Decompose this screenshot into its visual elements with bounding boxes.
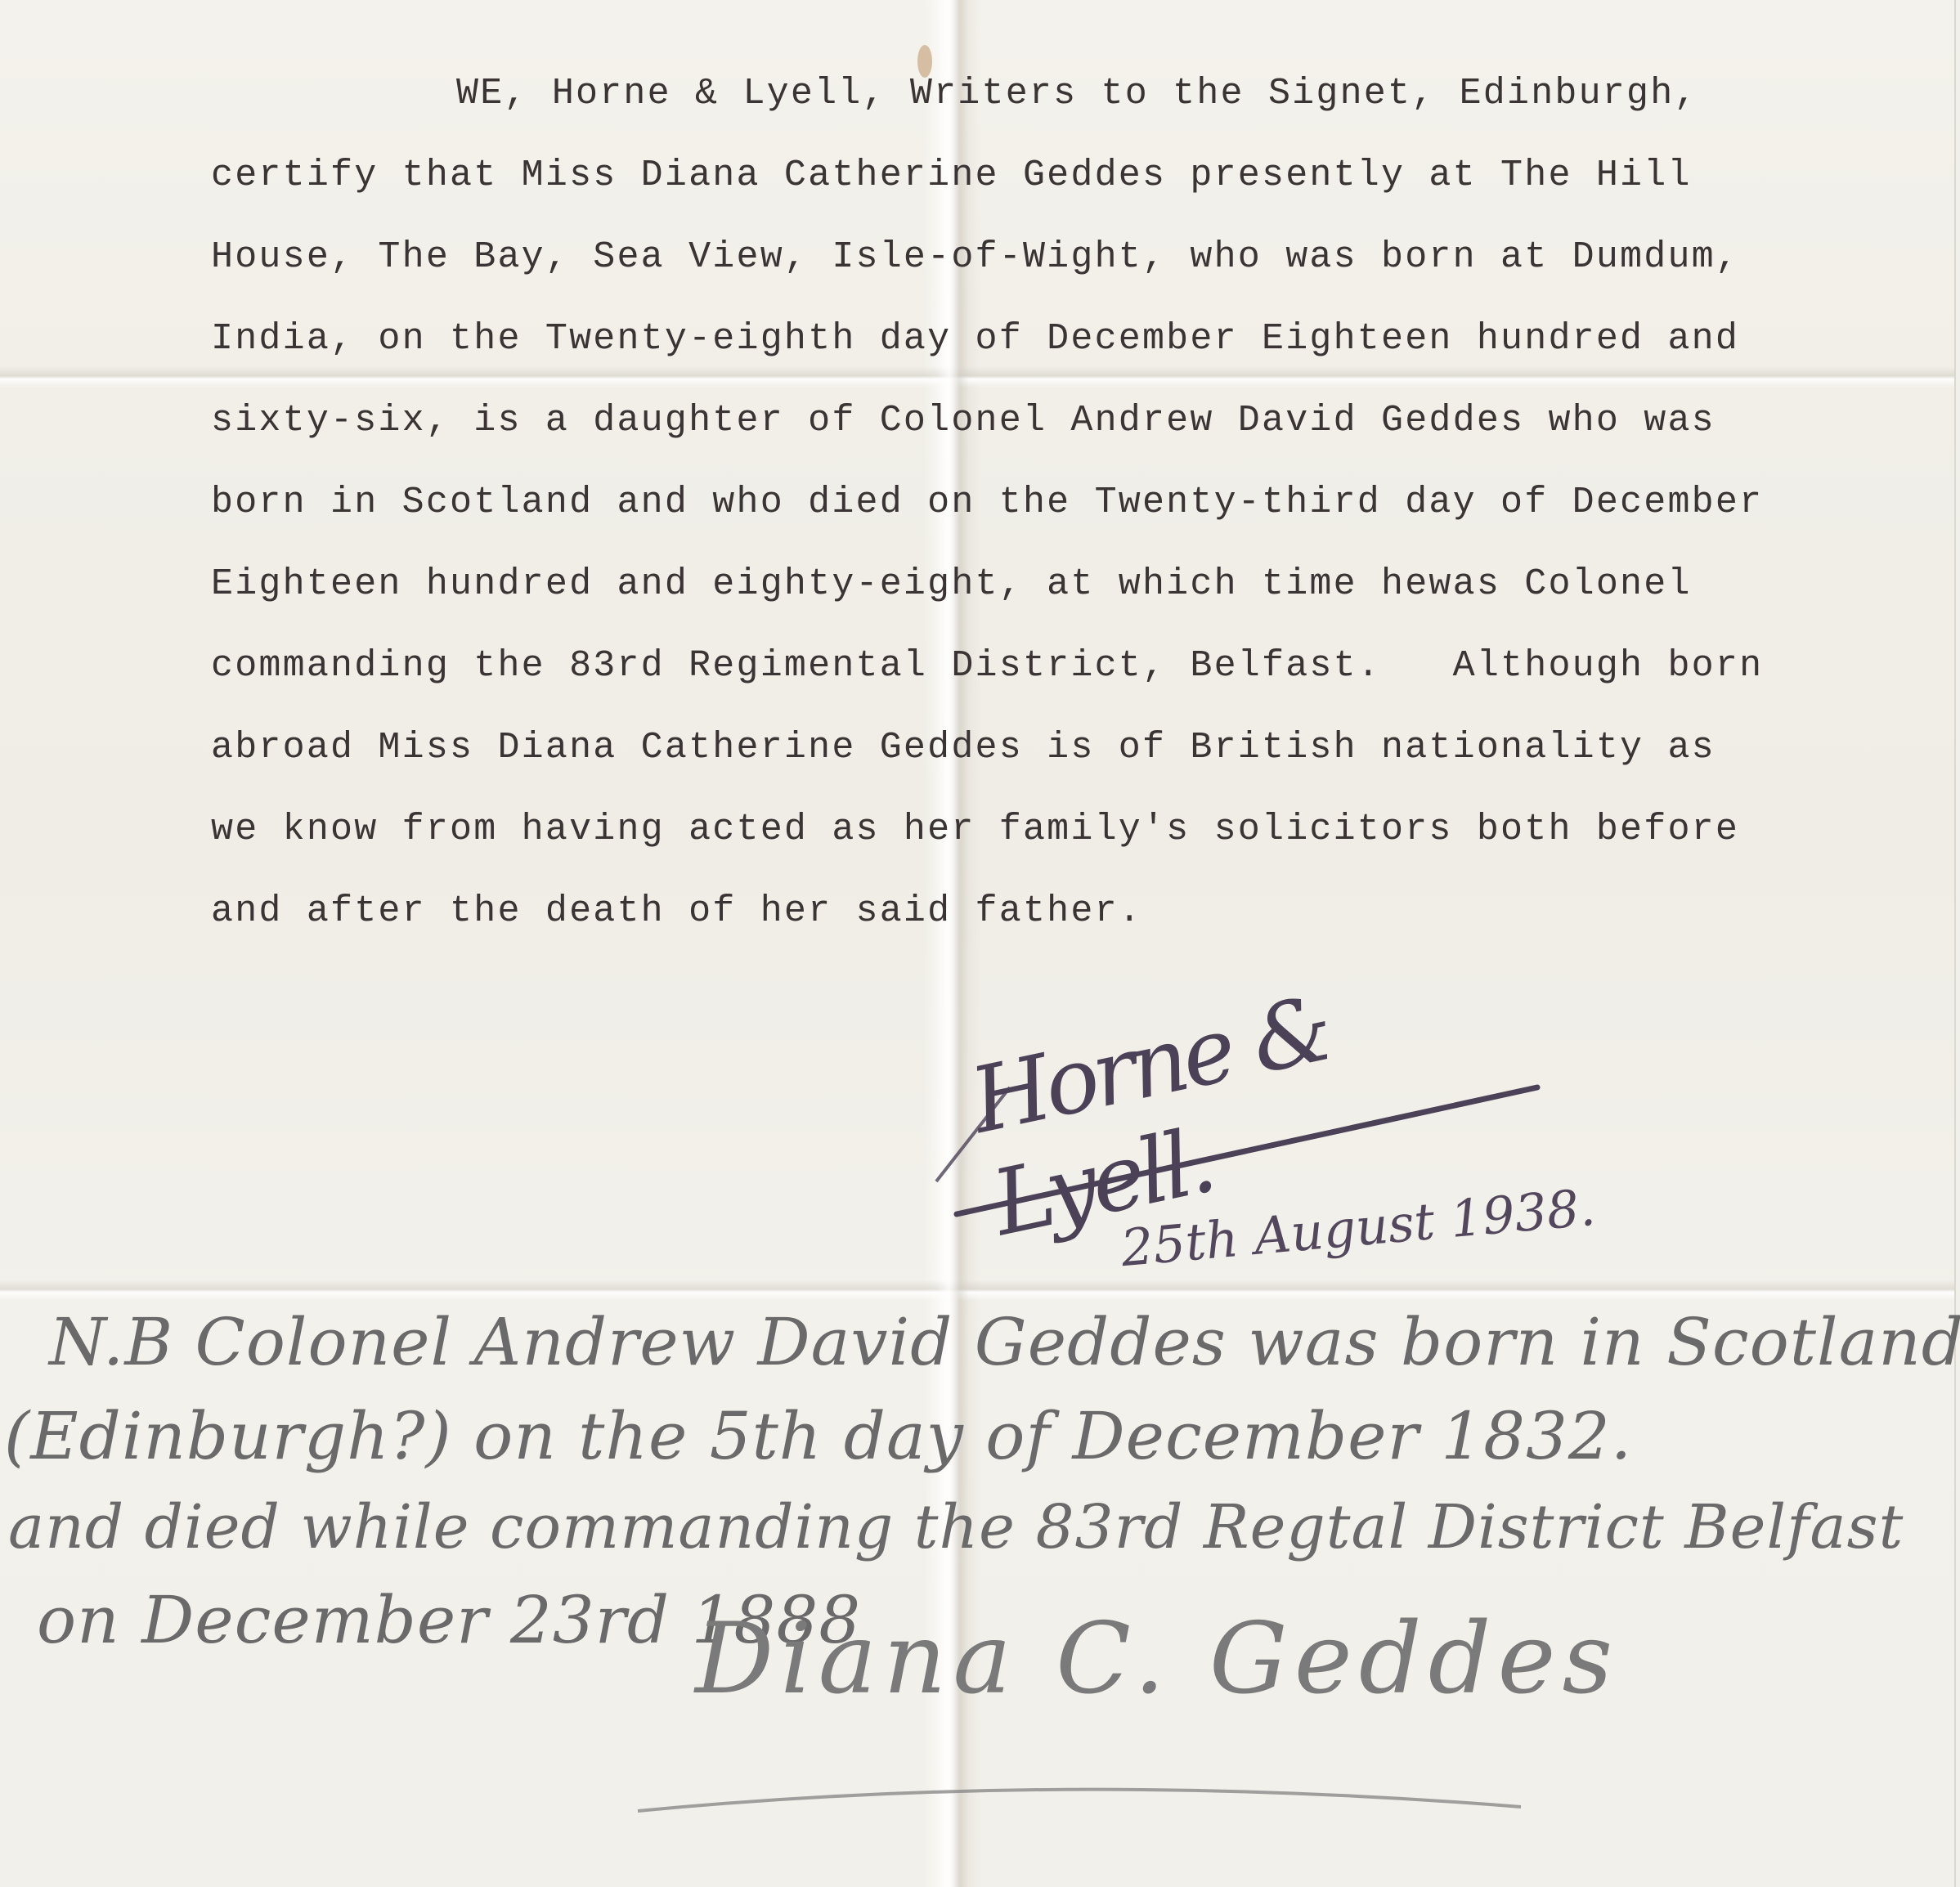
diana-geddes-signature: Diana C. Geddes <box>695 1602 1619 1716</box>
note-line: (Edinburgh?) on the 5th day of December … <box>4 1398 1632 1474</box>
note-line: N.B Colonel Andrew David Geddes was born… <box>49 1304 1960 1380</box>
note-line: and died while commanding the 83rd Regta… <box>8 1492 1904 1562</box>
